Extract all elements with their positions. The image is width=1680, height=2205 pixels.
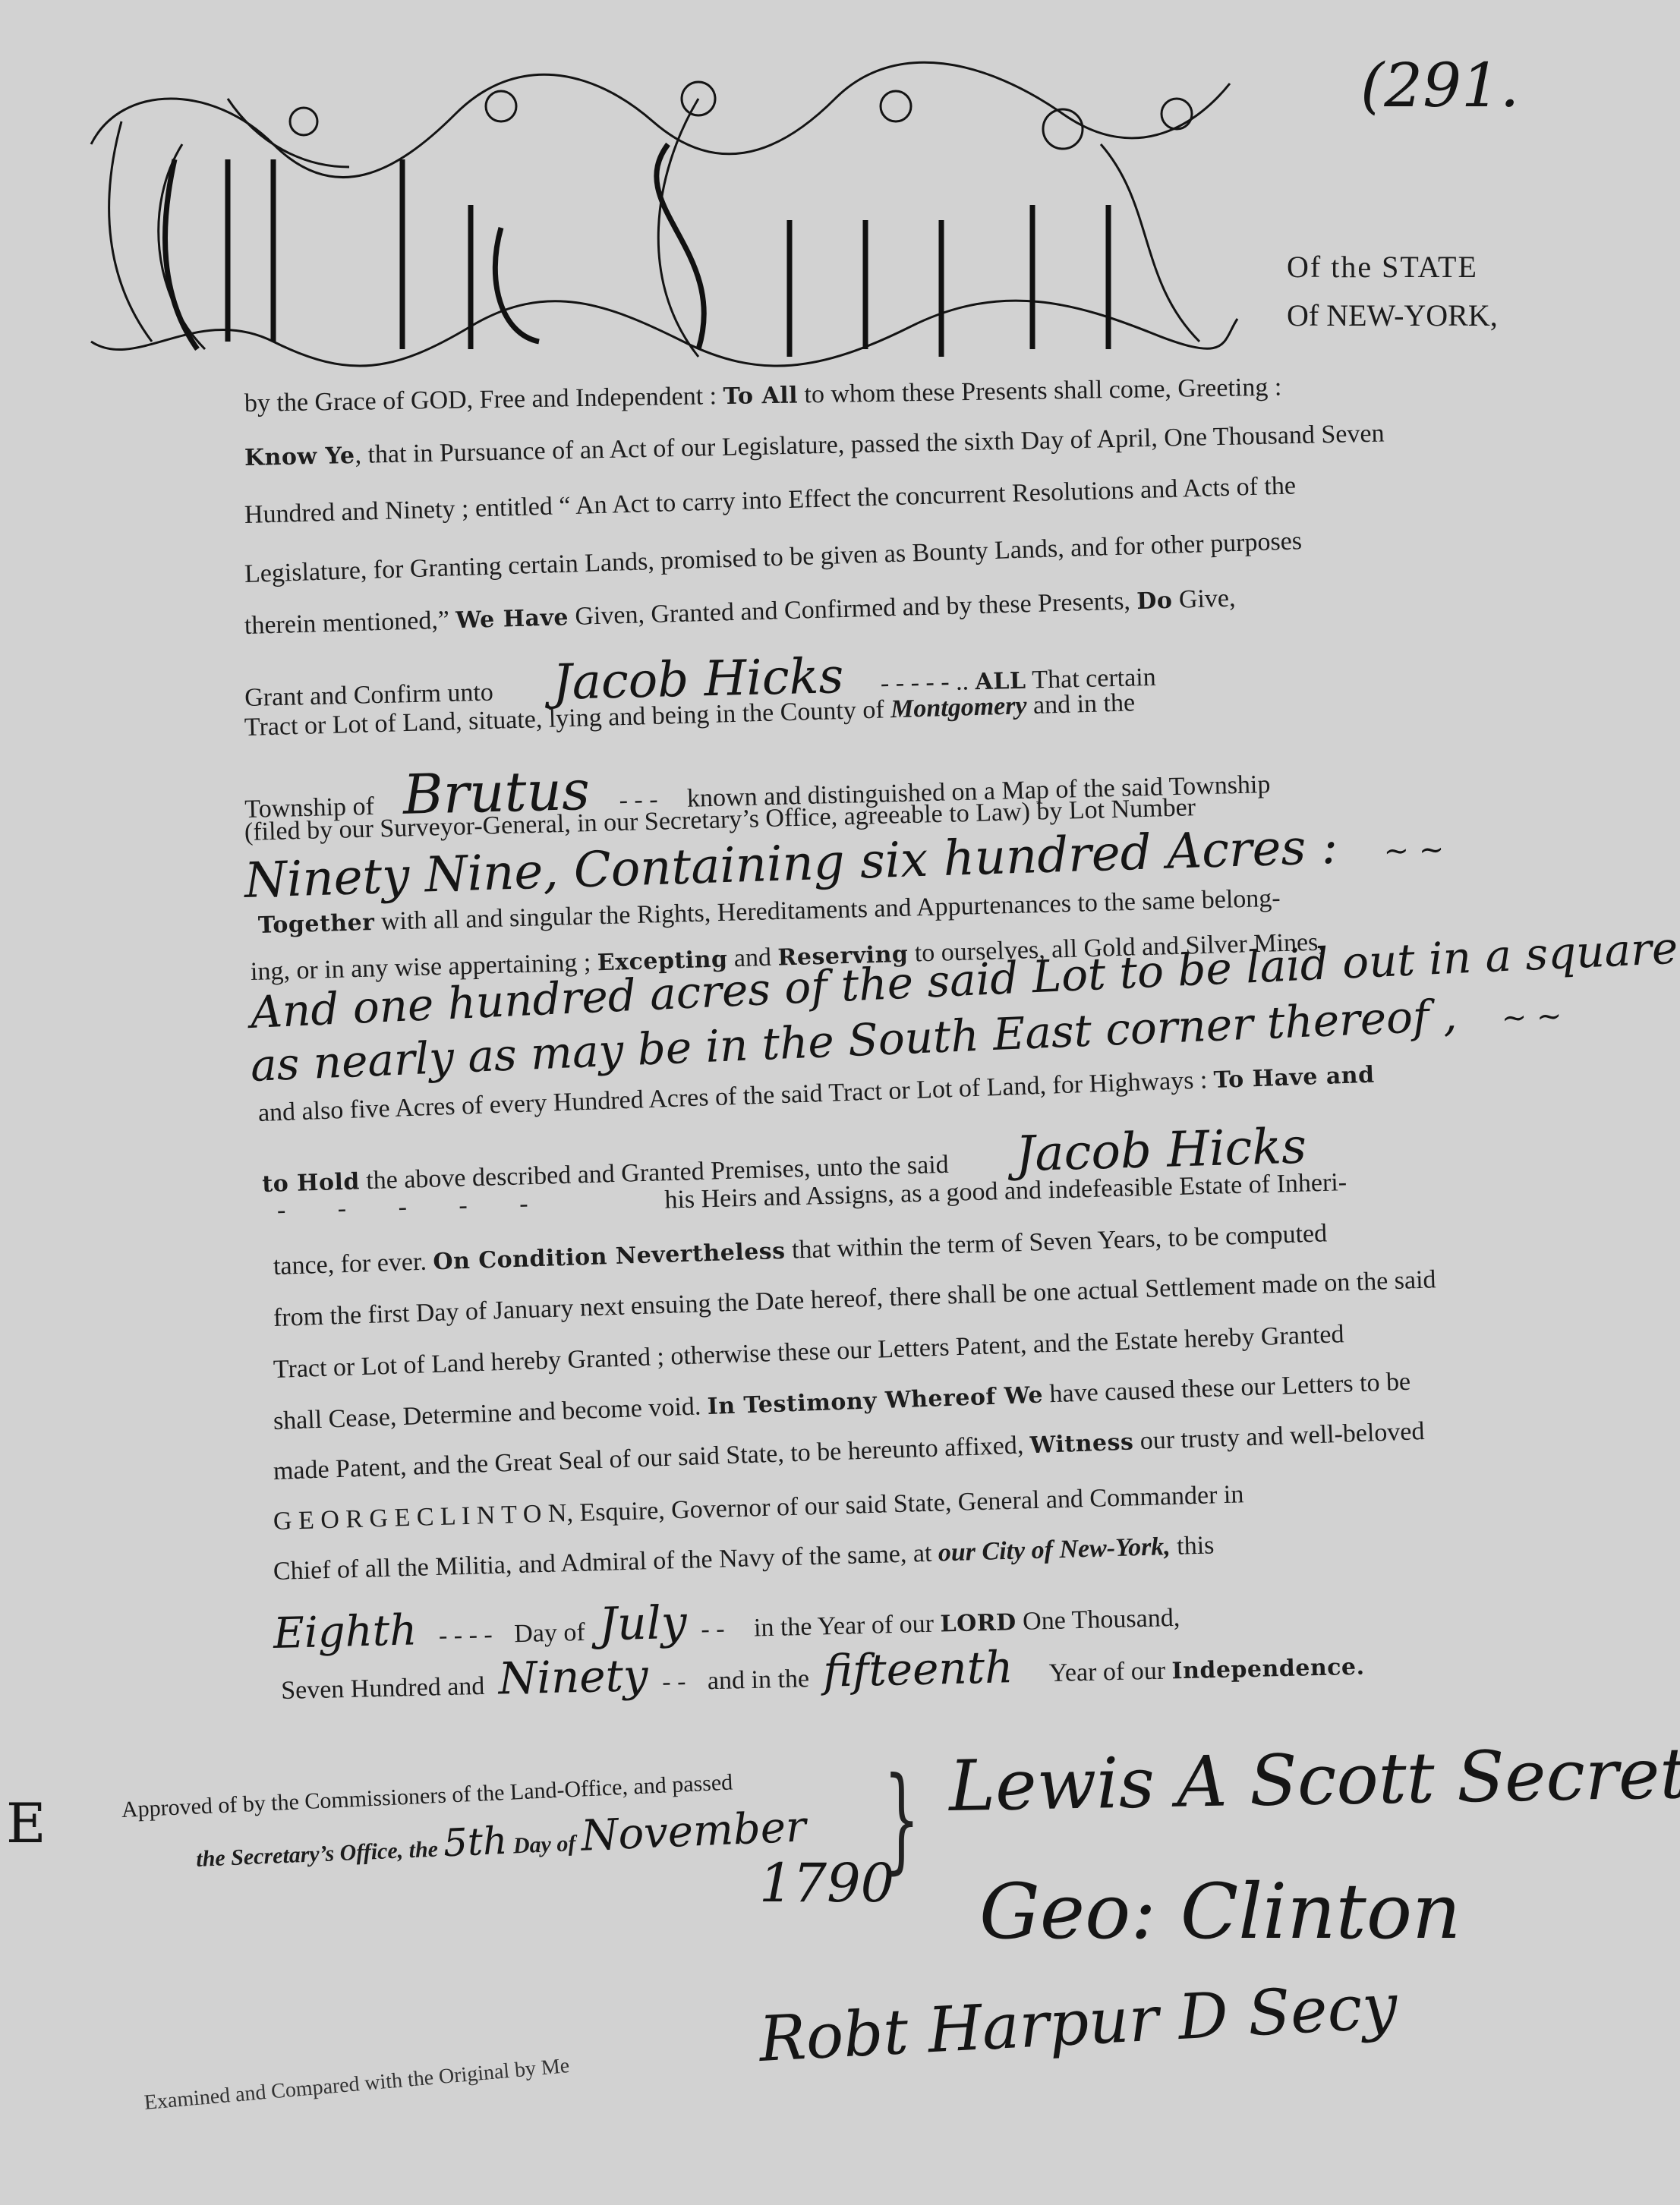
secretary-signature: Lewis A Scott Secretary — [948, 1731, 1680, 1827]
day-handwritten: Eighth — [273, 1605, 418, 1658]
margin-mark: E — [6, 1791, 46, 1855]
body-line-23: G E O R G E C L I N T O N, Esquire, Gove… — [273, 1480, 1243, 1536]
body-line-1: by the Grace of GOD, Free and Independen… — [244, 373, 1282, 418]
approval-year: 1790 — [759, 1852, 894, 1914]
county-name: Montgomery — [890, 691, 1027, 723]
brace-icon: } — [884, 1753, 920, 1885]
year-handwritten: Ninety — [498, 1649, 649, 1704]
page-number: (291. — [1360, 50, 1519, 121]
land-patent-document: (291. Of the STATE Of NEW-YORK, by the G… — [0, 0, 1680, 2205]
body-line-5: therein mentioned,” We Have Given, Grant… — [244, 584, 1236, 641]
body-line-4: Legislature, for Granting certain Lands,… — [244, 527, 1302, 589]
deputy-signature: Robt Harpur D Secy — [758, 1970, 1399, 2076]
ornamental-title — [76, 53, 1245, 372]
approval-day: 5th — [443, 1819, 508, 1865]
month-handwritten: July — [598, 1596, 687, 1652]
examined-text: Examined and Compared with the Original … — [143, 2054, 571, 2115]
body-line-3: Hundred and Ninety ; entitled “ An Act t… — [244, 471, 1296, 530]
body-line-2: Know Ye, that in Pursuance of an Act of … — [244, 420, 1385, 472]
body-line-18: tance, for ever. On Condition Neverthele… — [273, 1219, 1327, 1281]
title-newyork-line: Of NEW-YORK, — [1287, 298, 1498, 333]
body-line-24: Chief of all the Militia, and Admiral of… — [273, 1531, 1214, 1586]
governor-signature: Geo: Clinton — [979, 1867, 1461, 1956]
calligraphic-flourish-icon — [76, 53, 1245, 372]
title-state-line: Of the STATE — [1287, 249, 1478, 285]
independence-year-handwritten: fifteenth — [822, 1641, 1013, 1697]
